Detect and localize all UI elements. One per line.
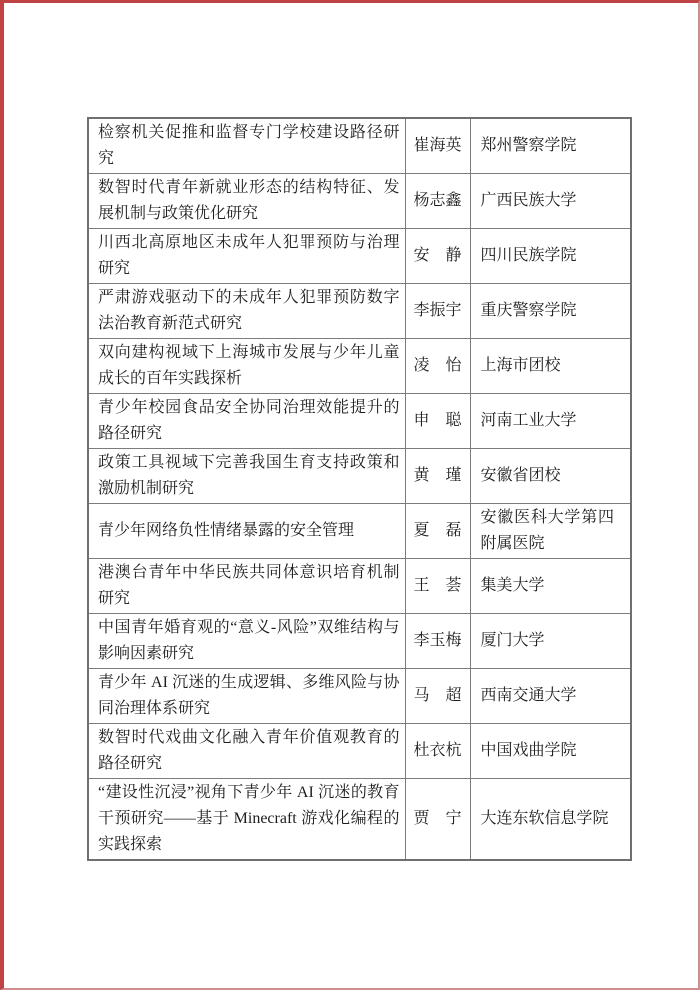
table-row: 双向建构视域下上海城市发展与少年儿童成长的百年实践探析 凌 怡 上海市团校 (88, 339, 631, 394)
table-row: 青少年 AI 沉迷的生成逻辑、多维风险与协同治理体系研究 马 超 西南交通大学 (88, 669, 631, 724)
person-name: 夏 磊 (405, 504, 470, 559)
person-name: 李振宇 (405, 284, 470, 339)
person-name: 崔海英 (405, 118, 470, 174)
institution-name: 集美大学 (470, 559, 631, 614)
project-title: 数智时代戏曲文化融入青年价值观教育的路径研究 (88, 724, 405, 779)
institution-name: 上海市团校 (470, 339, 631, 394)
person-name: 凌 怡 (405, 339, 470, 394)
institution-name: 重庆警察学院 (470, 284, 631, 339)
project-title: 青少年 AI 沉迷的生成逻辑、多维风险与协同治理体系研究 (88, 669, 405, 724)
project-title: 政策工具视域下完善我国生育支持政策和激励机制研究 (88, 449, 405, 504)
table-row: 港澳台青年中华民族共同体意识培育机制研究 王 荟 集美大学 (88, 559, 631, 614)
table-row: 数智时代戏曲文化融入青年价值观教育的路径研究 杜衣杭 中国戏曲学院 (88, 724, 631, 779)
project-title: 中国青年婚育观的“意义-风险”双维结构与影响因素研究 (88, 614, 405, 669)
person-name: 黄 瑾 (405, 449, 470, 504)
table-row: 川西北高原地区未成年人犯罪预防与治理研究 安 静 四川民族学院 (88, 229, 631, 284)
table-row: 中国青年婚育观的“意义-风险”双维结构与影响因素研究 李玉梅 厦门大学 (88, 614, 631, 669)
table-row: 数智时代青年新就业形态的结构特征、发展机制与政策优化研究 杨志鑫 广西民族大学 (88, 174, 631, 229)
institution-name: 西南交通大学 (470, 669, 631, 724)
project-title: 严肃游戏驱动下的未成年人犯罪预防数字法治教育新范式研究 (88, 284, 405, 339)
table-body: 检察机关促推和监督专门学校建设路径研究 崔海英 郑州警察学院 数智时代青年新就业… (88, 118, 631, 860)
project-title: 青少年网络负性情绪暴露的安全管理 (88, 504, 405, 559)
institution-name: 四川民族学院 (470, 229, 631, 284)
institution-name: 广西民族大学 (470, 174, 631, 229)
project-title: “建设性沉浸”视角下青少年 AI 沉迷的教育干预研究——基于 Minecraft… (88, 779, 405, 861)
table-row: 青少年校园食品安全协同治理效能提升的路径研究 申 聪 河南工业大学 (88, 394, 631, 449)
table-row: 政策工具视域下完善我国生育支持政策和激励机制研究 黄 瑾 安徽省团校 (88, 449, 631, 504)
institution-name: 厦门大学 (470, 614, 631, 669)
person-name: 马 超 (405, 669, 470, 724)
institution-name: 安徽医科大学第四附属医院 (470, 504, 631, 559)
institution-name: 大连东软信息学院 (470, 779, 631, 861)
project-title: 双向建构视域下上海城市发展与少年儿童成长的百年实践探析 (88, 339, 405, 394)
person-name: 安 静 (405, 229, 470, 284)
person-name: 申 聪 (405, 394, 470, 449)
table-row: 检察机关促推和监督专门学校建设路径研究 崔海英 郑州警察学院 (88, 118, 631, 174)
institution-name: 郑州警察学院 (470, 118, 631, 174)
project-title: 青少年校园食品安全协同治理效能提升的路径研究 (88, 394, 405, 449)
project-list-table: 检察机关促推和监督专门学校建设路径研究 崔海英 郑州警察学院 数智时代青年新就业… (87, 117, 632, 861)
institution-name: 中国戏曲学院 (470, 724, 631, 779)
person-name: 王 荟 (405, 559, 470, 614)
person-name: 杨志鑫 (405, 174, 470, 229)
project-title: 川西北高原地区未成年人犯罪预防与治理研究 (88, 229, 405, 284)
person-name: 李玉梅 (405, 614, 470, 669)
institution-name: 河南工业大学 (470, 394, 631, 449)
project-title: 数智时代青年新就业形态的结构特征、发展机制与政策优化研究 (88, 174, 405, 229)
person-name: 贾 宁 (405, 779, 470, 861)
institution-name: 安徽省团校 (470, 449, 631, 504)
project-title: 检察机关促推和监督专门学校建设路径研究 (88, 118, 405, 174)
project-title: 港澳台青年中华民族共同体意识培育机制研究 (88, 559, 405, 614)
table-row: “建设性沉浸”视角下青少年 AI 沉迷的教育干预研究——基于 Minecraft… (88, 779, 631, 861)
document-page: 检察机关促推和监督专门学校建设路径研究 崔海英 郑州警察学院 数智时代青年新就业… (0, 0, 700, 990)
person-name: 杜衣杭 (405, 724, 470, 779)
table-row: 严肃游戏驱动下的未成年人犯罪预防数字法治教育新范式研究 李振宇 重庆警察学院 (88, 284, 631, 339)
table-row: 青少年网络负性情绪暴露的安全管理 夏 磊 安徽医科大学第四附属医院 (88, 504, 631, 559)
